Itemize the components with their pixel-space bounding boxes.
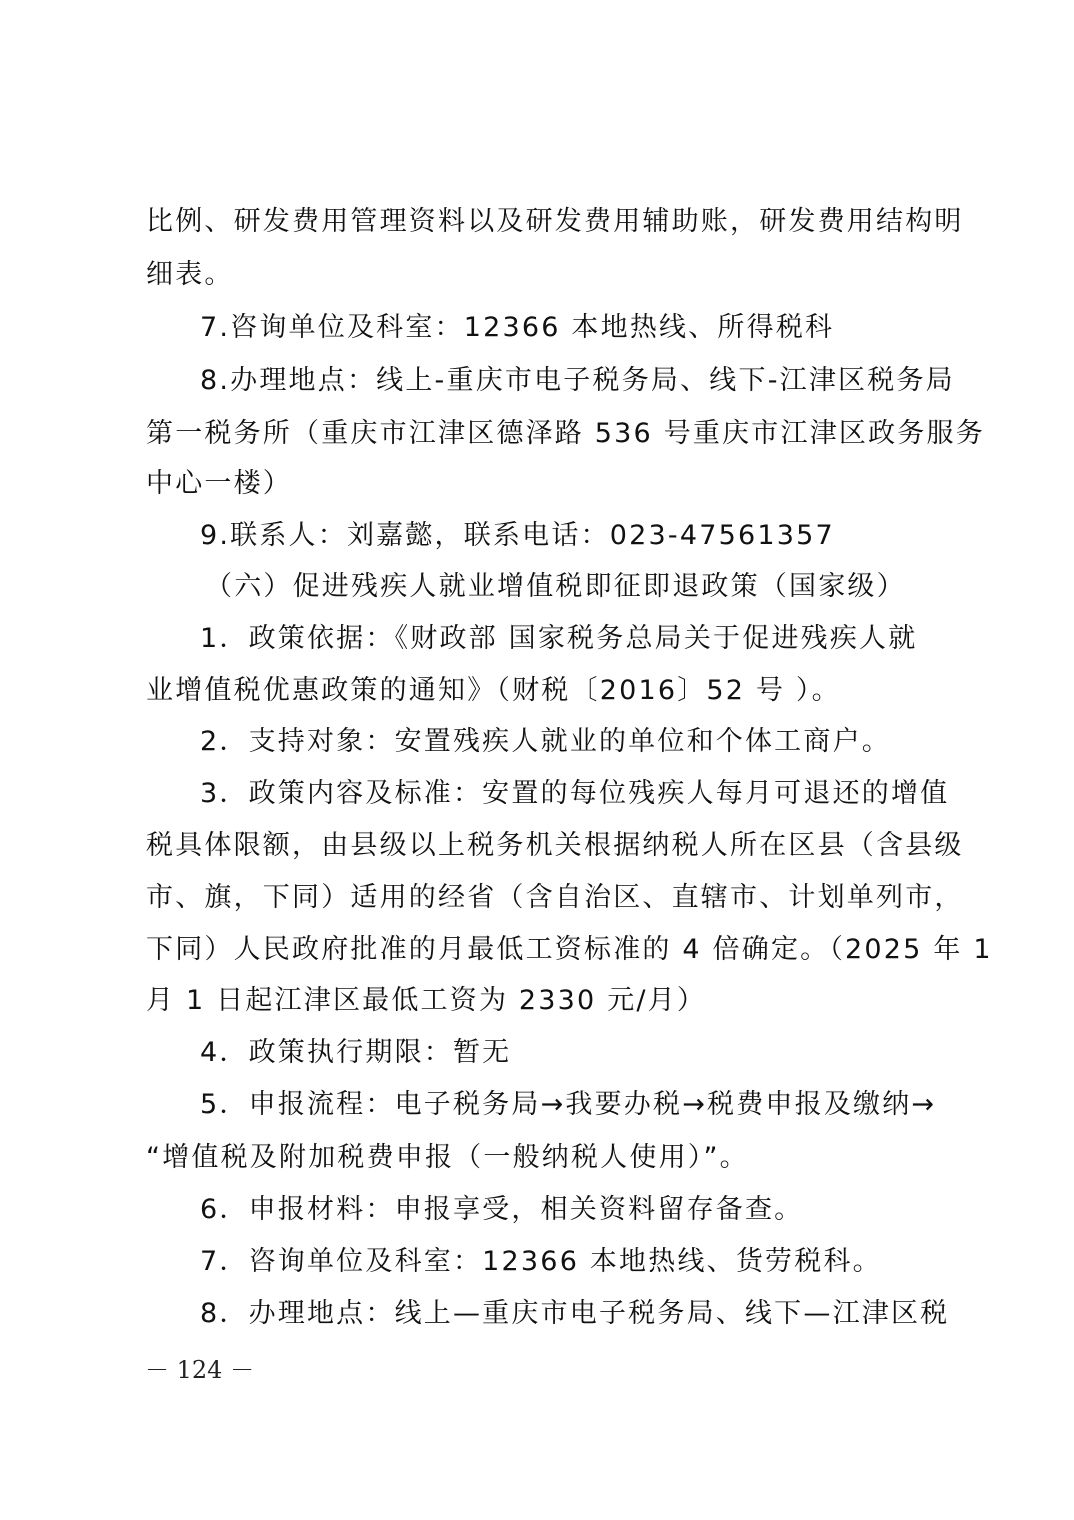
consult-unit-line: 7.咨询单位及科室：12366 本地热线、所得税科 — [200, 310, 1000, 346]
body-text-line: 比例、研发费用管理资料以及研发费用辅助账，研发费用结构明 — [146, 204, 946, 240]
policy-period-line: 4．政策执行期限：暂无 — [200, 1035, 1000, 1071]
body-text-line: 第一税务所（重庆市江津区德泽路 536 号重庆市江津区政务服务 — [146, 416, 946, 452]
office-location-line: 8.办理地点：线上-重庆市电子税务局、线下-江津区税务局 — [200, 363, 1000, 399]
body-text-line: 中心一楼） — [146, 466, 946, 502]
support-target-line: 2．支持对象：安置残疾人就业的单位和个体工商户。 — [200, 724, 1000, 760]
body-text-line: 税具体限额，由县级以上税务机关根据纳税人所在区县（含县级 — [146, 828, 946, 864]
body-text-line: 月 1 日起江津区最低工资为 2330 元/月） — [146, 983, 946, 1019]
policy-content-line: 3．政策内容及标准：安置的每位残疾人每月可退还的增值 — [200, 776, 1000, 812]
body-text-line: 市、旗，下同）适用的经省（含自治区、直辖市、计划单列市， — [146, 880, 946, 916]
page-number: － 124 － — [145, 1355, 254, 1385]
section-heading: （六）促进残疾人就业增值税即征即退政策（国家级） — [205, 569, 1005, 605]
filing-materials-line: 6．申报材料：申报享受，相关资料留存备查。 — [200, 1192, 1000, 1228]
document-page: 比例、研发费用管理资料以及研发费用辅助账，研发费用结构明 细表。 7.咨询单位及… — [0, 0, 1074, 1520]
body-text-line: “增值税及附加税费申报（一般纳税人使用）”。 — [146, 1140, 946, 1176]
office-location-line: 8．办理地点：线上—重庆市电子税务局、线下—江津区税 — [200, 1296, 1000, 1332]
body-text-line: 业增值税优惠政策的通知》（财税〔2016〕52 号 ）。 — [146, 673, 946, 709]
filing-process-line: 5．申报流程：电子税务局→我要办税→税费申报及缴纳→ — [200, 1087, 1000, 1123]
contact-line: 9.联系人：刘嘉懿，联系电话：023-47561357 — [200, 518, 1000, 554]
policy-basis-line: 1．政策依据：《财政部 国家税务总局关于促进残疾人就 — [200, 621, 1000, 657]
consult-unit-line: 7．咨询单位及科室：12366 本地热线、货劳税科。 — [200, 1244, 1000, 1280]
body-text-line: 下同）人民政府批准的月最低工资标准的 4 倍确定。（2025 年 1 — [146, 932, 946, 968]
body-text-line: 细表。 — [146, 257, 946, 293]
